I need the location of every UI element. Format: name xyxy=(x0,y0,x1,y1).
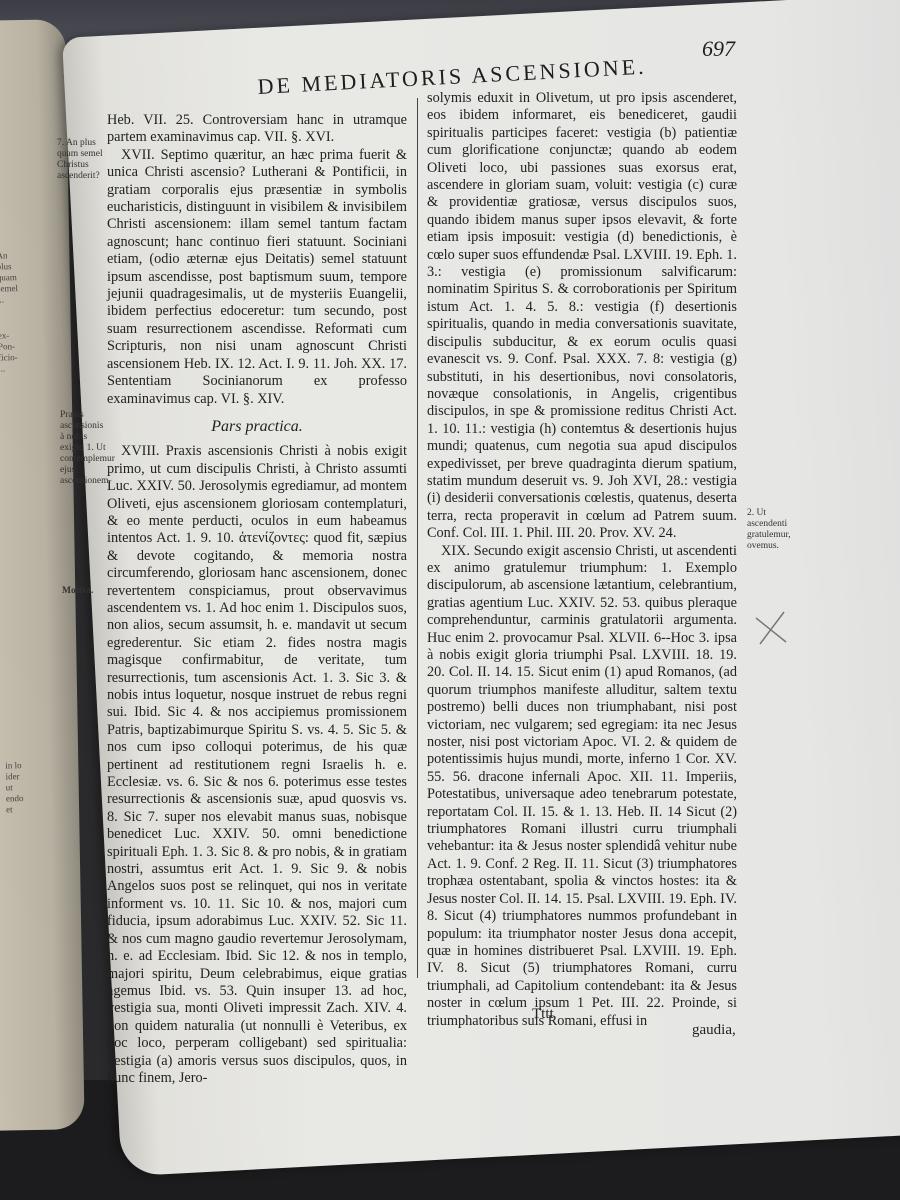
paragraph: XVII. Septimo quæritur, an hæc prima fue… xyxy=(107,147,407,408)
margin-note-praxis: Praxis ascensionis à nobis exigit: 1. Ut… xyxy=(60,410,108,487)
catchword: gaudia, xyxy=(692,1022,736,1039)
section-heading: Pars practica. xyxy=(107,418,407,435)
paragraph: Heb. VII. 25. Controversiam hanc in utra… xyxy=(107,112,407,147)
margin-note-question-19: 2. Ut ascendenti gratulemur, ovemus. xyxy=(747,508,795,552)
book-page: DE MEDIATORIS ASCENSIONE. 697 7. An plus… xyxy=(62,0,900,1176)
signature-mark: Tttt xyxy=(532,1006,554,1023)
facing-page-margin-note: ex-Pon-ficio-... xyxy=(0,330,38,375)
right-column: solymis eduxit in Olivetum, ut pro ipsis… xyxy=(427,90,737,1030)
left-column: Heb. VII. 25. Controversiam hanc in utra… xyxy=(107,112,407,1087)
facing-page-margin-note: in loiderutendoet xyxy=(5,760,46,816)
page-number: 697 xyxy=(702,36,735,62)
pencil-x-mark-icon xyxy=(752,608,792,648)
paragraph: XIX. Secundo exigit ascensio Christi, ut… xyxy=(427,543,737,1030)
paragraph: solymis eduxit in Olivetum, ut pro ipsis… xyxy=(427,90,737,543)
paragraph: XVIII. Praxis ascensionis Christi à nobi… xyxy=(107,443,407,1087)
margin-note-question-17: 7. An plus quam semel Christus ascenderi… xyxy=(57,138,105,182)
facing-page-margin-note: Anplusquamsemel... xyxy=(0,250,37,306)
column-rule xyxy=(417,98,418,978)
margin-note-motiva: Motiva. xyxy=(62,586,110,597)
